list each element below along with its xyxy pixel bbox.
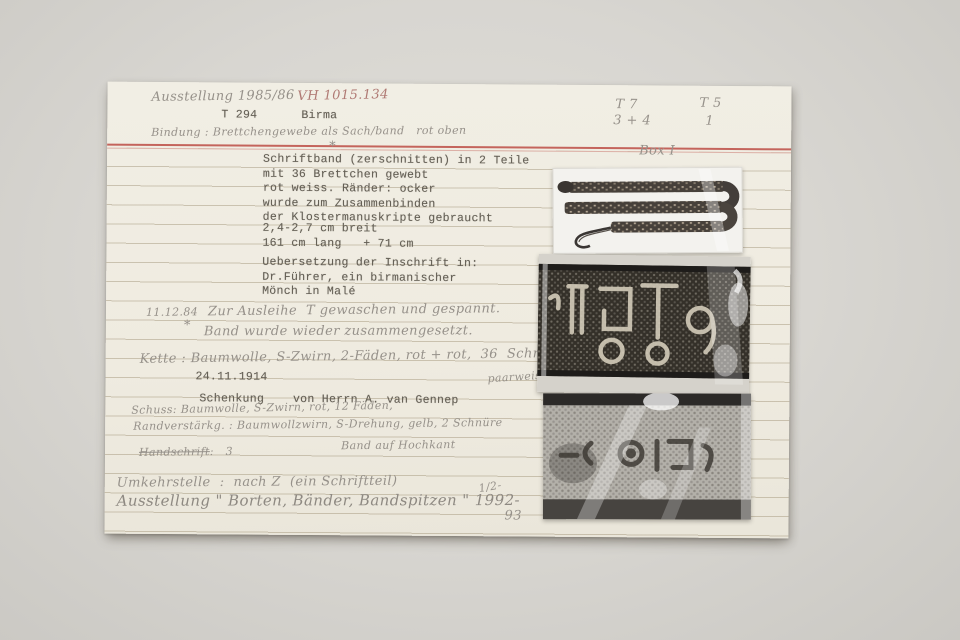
struck-value: : 3 (210, 445, 233, 458)
exhibition-note: Ausstellung 1985/86 (151, 88, 294, 105)
photograph-background: Ausstellung 1985/86 VH 1015.134 T 7 T 5 … (0, 0, 960, 640)
translation-line: Mönch in Malé (262, 285, 356, 300)
relocation-note: Umkehrstelle : nach Z (ein Schriftteil) (117, 474, 398, 491)
conservation-note: Zur Ausleihe T gewaschen und gespannt. (208, 301, 501, 319)
photo-band-overview-image (552, 167, 743, 254)
ref-right-sub: 1 (705, 114, 714, 129)
dimension-line: 161 cm lang + 71 cm (262, 236, 413, 252)
inventory-number: VH 1015.134 (297, 87, 389, 104)
exhibition-year2: 93 (505, 508, 522, 523)
photo-band-closeup-dark (537, 254, 751, 395)
translation-line: Dr.Führer, ein birmanischer (262, 270, 457, 286)
origin: Birma (301, 109, 337, 124)
ref-left: T 7 (615, 97, 637, 112)
struck-label: Handschrift (139, 445, 210, 459)
description-line: wurde zum Zusammenbinden (263, 196, 436, 212)
asterisk-note: * (184, 318, 191, 333)
reassembly-note: Band wurde wieder zusammengesetzt. (204, 323, 473, 339)
photo-band-overview (552, 167, 743, 254)
conservation-date: 11.12.84 (146, 305, 198, 319)
box-label: Box I (639, 143, 675, 158)
description-line: rot weiss. Ränder: ocker (263, 182, 436, 198)
ref-left-sub: 3 + 4 (613, 113, 651, 128)
description-line: mit 36 Brettchen gewebt (263, 167, 429, 183)
dimension-line: 2,4-2,7 cm breit (263, 222, 378, 237)
photo-band-closeup-dark-image (537, 254, 751, 395)
asterisk-above: * (329, 139, 336, 154)
donation-date: 24.11.1914 (195, 370, 267, 385)
ref-right: T 5 (699, 96, 721, 111)
object-number: T 294 (221, 108, 257, 123)
band-note: Band auf Hochkant (341, 438, 456, 452)
photo-band-closeup-light-image (543, 393, 751, 519)
exhibition-1992-note: Ausstellung " Borten, Bänder, Bandspitze… (117, 491, 520, 510)
index-card: Ausstellung 1985/86 VH 1015.134 T 7 T 5 … (104, 82, 791, 539)
translation-line: Uebersetzung der Inschrift in: (262, 256, 478, 272)
binding-note: Bindung : Brettchengewebe als Sach/band … (151, 124, 466, 139)
photo-band-closeup-light (543, 393, 751, 519)
